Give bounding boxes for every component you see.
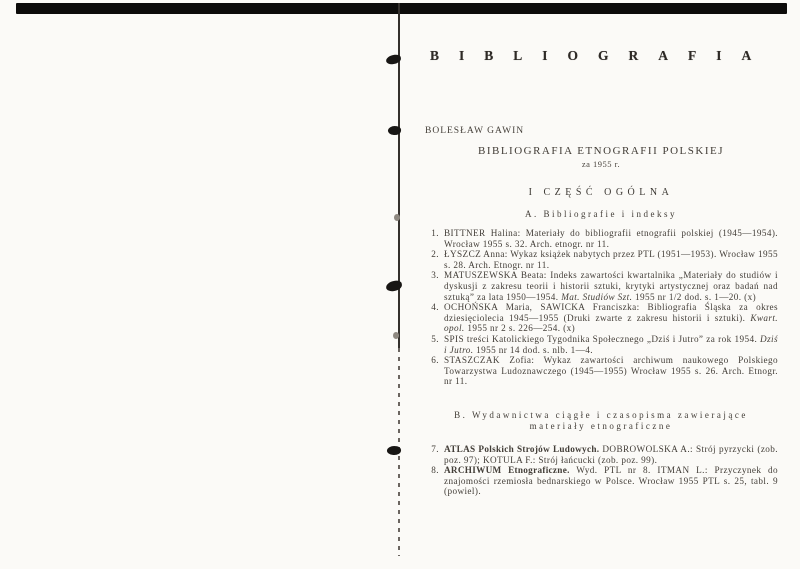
bibliography-entry: 4. OCHOŃSKA Maria, SAWICKA Franciszka: B… <box>425 302 778 334</box>
entry-text: OCHOŃSKA Maria, SAWICKA Franciszka: Bibl… <box>444 302 778 334</box>
entry-text-part: ŁYSZCZ Anna: Wykaz książek nabytych prze… <box>444 249 778 270</box>
section-b-heading-line2: materiały etnograficzne <box>425 421 777 432</box>
running-head: BIBLIOGRAFIA <box>430 48 771 64</box>
document-title: BIBLIOGRAFIA ETNOGRAFII POLSKIEJ <box>425 145 777 157</box>
entry-text-part: OCHOŃSKA Maria, SAWICKA Franciszka: Bibl… <box>444 302 778 323</box>
entry-number: 7. <box>425 444 439 465</box>
section-b-heading-line1: B. Wydawnictwa ciągłe i czasopisma zawie… <box>425 410 777 421</box>
entry-text: ARCHIWUM Etnograficzne. Wyd. PTL nr 8. I… <box>444 465 778 497</box>
entry-text-part: 1955 nr 1/2 dod. s. 1—20. (x) <box>632 292 756 302</box>
entry-text-part: 1955 nr 14 dod. s. nlb. 1—4. <box>473 345 593 355</box>
entry-text-part: 1955 nr 2 s. 226—254. (x) <box>465 323 575 333</box>
entry-text-part: SPIS treści Katolickiego Tygodnika Społe… <box>444 334 760 344</box>
bibliography-entry: 8. ARCHIWUM Etnograficzne. Wyd. PTL nr 8… <box>425 465 778 497</box>
entry-number: 5. <box>425 334 439 355</box>
entry-number: 3. <box>425 270 439 302</box>
entry-text: SPIS treści Katolickiego Tygodnika Społe… <box>444 334 778 355</box>
entry-text: STASZCZAK Zofia: Wykaz zawartości archiw… <box>444 355 778 387</box>
entry-text-part: BITTNER Halina: Materiały do bibliografi… <box>444 228 778 249</box>
entry-number: 4. <box>425 302 439 334</box>
bibliography-entry: 1. BITTNER Halina: Materiały do bibliogr… <box>425 228 778 249</box>
part-heading: I CZĘŚĆ OGÓLNA <box>425 187 777 198</box>
entry-text: ŁYSZCZ Anna: Wykaz książek nabytych prze… <box>444 249 778 270</box>
bibliography-entry: 6. STASZCZAK Zofia: Wykaz zawartości arc… <box>425 355 778 387</box>
entry-journal-title: Mat. Studiów Szt. <box>561 292 632 302</box>
bibliography-entry: 3. MATUSZEWSKA Beata: Indeks zawartości … <box>425 270 778 302</box>
left-page-blank <box>0 0 398 569</box>
bibliography-list-section-a: 1. BITTNER Halina: Materiały do bibliogr… <box>425 228 778 387</box>
scanned-book-spread: { "colors": { "paper": "#fbfaf7", "ink":… <box>0 0 800 569</box>
entry-number: 6. <box>425 355 439 387</box>
entry-bold-lead: ATLAS Polskich Strojów Ludowych. <box>444 444 599 454</box>
entry-text: BITTNER Halina: Materiały do bibliografi… <box>444 228 778 249</box>
bibliography-entry: 2. ŁYSZCZ Anna: Wykaz książek nabytych p… <box>425 249 778 270</box>
section-b-heading: B. Wydawnictwa ciągłe i czasopisma zawie… <box>425 410 777 432</box>
bibliography-entry: 5. SPIS treści Katolickiego Tygodnika Sp… <box>425 334 778 355</box>
right-page: BIBLIOGRAFIA BOLESŁAW GAWIN BIBLIOGRAFIA… <box>398 0 800 569</box>
section-a-heading: A. Bibliografie i indeksy <box>425 209 777 219</box>
bibliography-list-section-b: 7. ATLAS Polskich Strojów Ludowych. DOBR… <box>425 444 778 497</box>
entry-bold-lead: ARCHIWUM Etnograficzne. <box>444 465 570 475</box>
entry-number: 8. <box>425 465 439 497</box>
entry-number: 2. <box>425 249 439 270</box>
entry-text: MATUSZEWSKA Beata: Indeks zawartości kwa… <box>444 270 778 302</box>
entry-text: ATLAS Polskich Strojów Ludowych. DOBROWO… <box>444 444 778 465</box>
document-subtitle: za 1955 r. <box>425 159 777 169</box>
entry-text-part: STASZCZAK Zofia: Wykaz zawartości archiw… <box>444 355 778 386</box>
entry-number: 1. <box>425 228 439 249</box>
author-name: BOLESŁAW GAWIN <box>425 126 524 136</box>
bibliography-entry: 7. ATLAS Polskich Strojów Ludowych. DOBR… <box>425 444 778 465</box>
